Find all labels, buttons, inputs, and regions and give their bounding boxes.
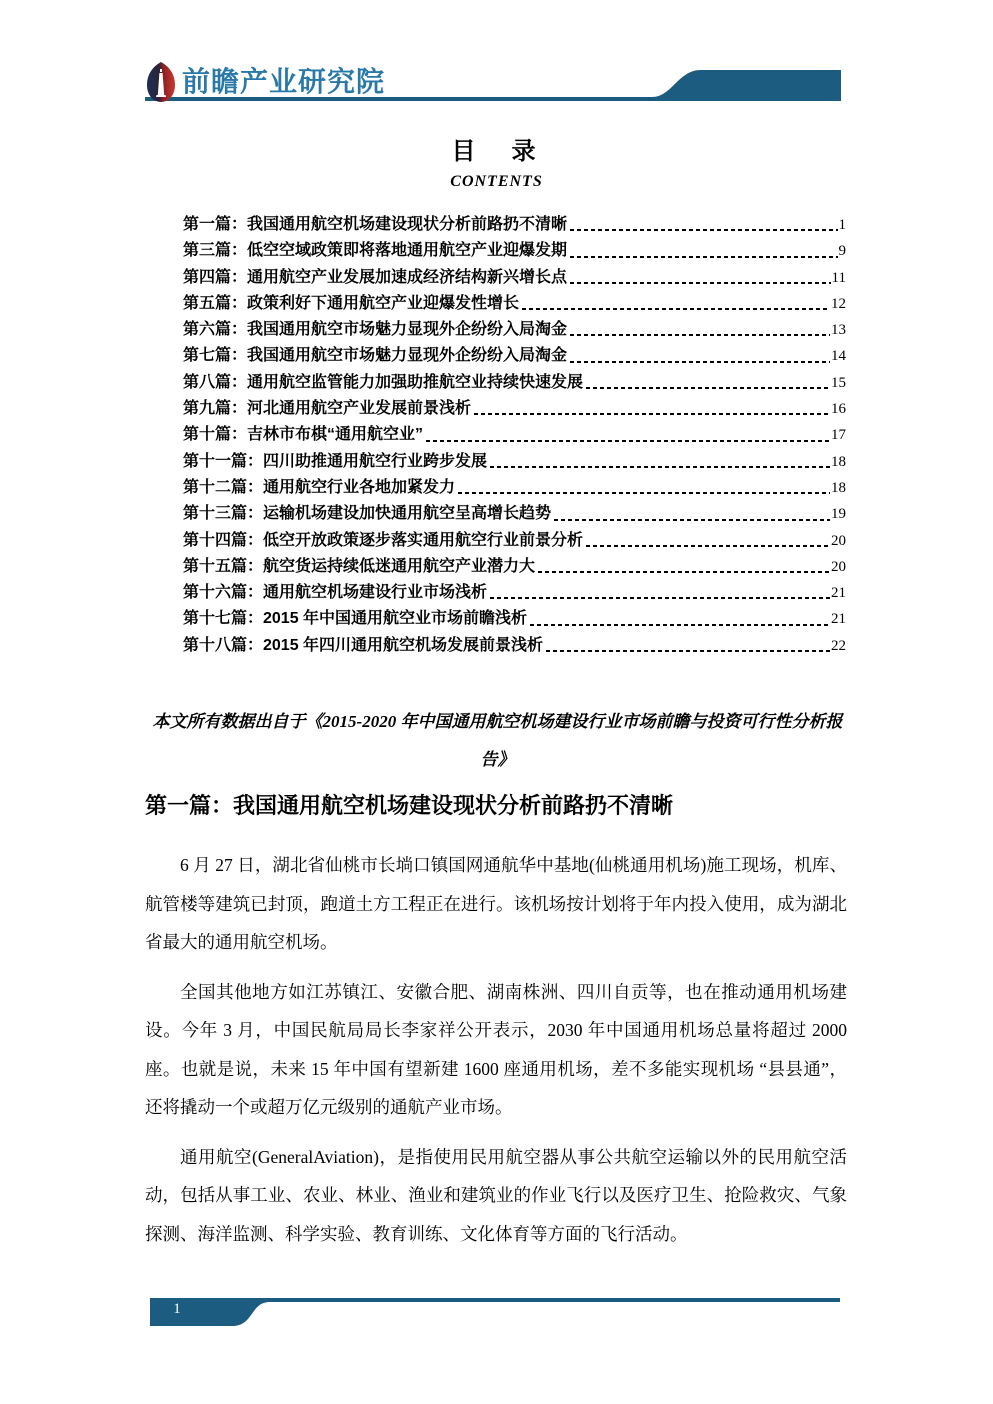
toc-entry-label: 第十篇：吉林市布棋“通用航空业” <box>183 421 423 444</box>
toc-entry-page: 17 <box>831 427 846 444</box>
toc-leader-dots <box>538 571 830 573</box>
toc-entry-label: 第九篇：河北通用航空产业发展前景浅析 <box>183 395 471 418</box>
toc-entry[interactable]: 第十四篇：低空开放政策逐步落实通用航空行业前景分析 20 <box>183 527 846 553</box>
toc-title: 目 录 <box>0 131 993 166</box>
toc-entry-page: 16 <box>831 401 846 418</box>
data-source-note: 本文所有数据出自于《2015-2020 年中国通用航空机场建设行业市场前瞻与投资… <box>150 703 845 779</box>
toc-entry[interactable]: 第五篇：政策利好下通用航空产业迎爆发性增长 12 <box>183 290 846 316</box>
toc-entry-label: 第四篇：通用航空产业发展加速成经济结构新兴增长点 <box>183 264 567 287</box>
toc-entry-page: 13 <box>831 322 846 339</box>
toc-entry-label: 第十一篇：四川助推通用航空行业跨步发展 <box>183 448 487 471</box>
toc-leader-dots <box>530 624 830 626</box>
table-of-contents: 第一篇：我国通用航空机场建设现状分析前路扔不清晰 1 第三篇：低空空域政策即将落… <box>183 211 846 658</box>
toc-entry-label: 第十三篇：运输机场建设加快通用航空呈高增长趋势 <box>183 500 551 523</box>
toc-entry-page: 22 <box>831 638 846 655</box>
toc-leader-dots <box>554 519 830 521</box>
toc-entry[interactable]: 第十七篇：2015 年中国通用航空业市场前瞻浅析 21 <box>183 605 846 631</box>
toc-entry[interactable]: 第一篇：我国通用航空机场建设现状分析前路扔不清晰 1 <box>183 211 846 237</box>
toc-entry[interactable]: 第八篇：通用航空监管能力加强助推航空业持续快速发展 15 <box>183 369 846 395</box>
toc-entry-page: 18 <box>831 480 846 497</box>
toc-entry-label: 第十二篇：通用航空行业各地加紧发力 <box>183 474 455 497</box>
toc-leader-dots <box>490 466 830 468</box>
toc-entry-page: 20 <box>831 533 846 550</box>
toc-entry[interactable]: 第十八篇：2015 年四川通用航空机场发展前景浅析 22 <box>183 632 846 658</box>
toc-entry-page: 15 <box>831 375 846 392</box>
footer-accent-bar <box>0 1294 993 1334</box>
toc-leader-dots <box>570 334 830 336</box>
toc-entry[interactable]: 第六篇：我国通用航空市场魅力显现外企纷纷入局淘金 13 <box>183 316 846 342</box>
toc-leader-dots <box>458 492 830 494</box>
toc-leader-dots <box>570 282 831 284</box>
paragraph: 全国其他地方如江苏镇江、安徽合肥、湖南株洲、四川自贡等，也在推动通用机场建设。今… <box>145 973 847 1127</box>
toc-entry[interactable]: 第十六篇：通用航空机场建设行业市场浅析 21 <box>183 579 846 605</box>
toc-leader-dots <box>474 413 830 415</box>
toc-entry-page: 9 <box>839 243 847 260</box>
footer-page-number: 1 <box>166 1301 188 1318</box>
toc-entry-page: 20 <box>831 559 846 576</box>
toc-entry-label: 第五篇：政策利好下通用航空产业迎爆发性增长 <box>183 290 519 313</box>
toc-entry-label: 第一篇：我国通用航空机场建设现状分析前路扔不清晰 <box>183 211 567 234</box>
toc-entry[interactable]: 第四篇：通用航空产业发展加速成经济结构新兴增长点 11 <box>183 264 846 290</box>
toc-entry-label: 第十六篇：通用航空机场建设行业市场浅析 <box>183 579 487 602</box>
toc-entry-label: 第十四篇：低空开放政策逐步落实通用航空行业前景分析 <box>183 527 583 550</box>
document-body: 第一篇：我国通用航空机场建设现状分析前路扔不清晰 6 月 27 日，湖北省仙桃市… <box>145 789 847 1264</box>
toc-entry-page: 1 <box>839 217 847 234</box>
toc-entry[interactable]: 第十三篇：运输机场建设加快通用航空呈高增长趋势 19 <box>183 500 846 526</box>
toc-leader-dots <box>586 387 830 389</box>
toc-entry-label: 第十五篇：航空货运持续低迷通用航空产业潜力大 <box>183 553 535 576</box>
toc-entry-label: 第八篇：通用航空监管能力加强助推航空业持续快速发展 <box>183 369 583 392</box>
toc-entry-label: 第十七篇：2015 年中国通用航空业市场前瞻浅析 <box>183 605 527 628</box>
toc-subtitle: CONTENTS <box>0 173 993 191</box>
toc-entry-page: 21 <box>831 611 846 628</box>
toc-entry[interactable]: 第十二篇：通用航空行业各地加紧发力 18 <box>183 474 846 500</box>
toc-entry-label: 第六篇：我国通用航空市场魅力显现外企纷纷入局淘金 <box>183 316 567 339</box>
toc-entry[interactable]: 第十一篇：四川助推通用航空行业跨步发展 18 <box>183 448 846 474</box>
footer-accent-shape <box>150 1298 840 1326</box>
toc-entry-label: 第三篇：低空空域政策即将落地通用航空产业迎爆发期 <box>183 237 567 260</box>
toc-entry[interactable]: 第十篇：吉林市布棋“通用航空业” 17 <box>183 421 846 447</box>
paragraph: 6 月 27 日，湖北省仙桃市长埫口镇国网通航华中基地(仙桃通用机场)施工现场，… <box>145 846 847 962</box>
toc-leader-dots <box>546 650 830 652</box>
paragraph: 通用航空(GeneralAviation)，是指使用民用航空器从事公共航空运输以… <box>145 1138 847 1254</box>
toc-leader-dots <box>426 440 830 442</box>
company-logo: 前瞻产业研究院 <box>147 62 385 102</box>
toc-entry-label: 第十八篇：2015 年四川通用航空机场发展前景浅析 <box>183 632 543 655</box>
toc-leader-dots <box>586 545 830 547</box>
toc-entry-label: 第七篇：我国通用航空市场魅力显现外企纷纷入局淘金 <box>183 342 567 365</box>
toc-entry[interactable]: 第七篇：我国通用航空市场魅力显现外企纷纷入局淘金 14 <box>183 342 846 368</box>
toc-leader-dots <box>570 361 830 363</box>
toc-entry-page: 21 <box>831 585 846 602</box>
toc-leader-dots <box>490 597 830 599</box>
toc-entry[interactable]: 第九篇：河北通用航空产业发展前景浅析 16 <box>183 395 846 421</box>
toc-entry-page: 19 <box>831 506 846 523</box>
toc-entry-page: 12 <box>831 296 846 313</box>
toc-leader-dots <box>570 229 837 231</box>
toc-entry-page: 14 <box>831 348 846 365</box>
toc-entry[interactable]: 第三篇：低空空域政策即将落地通用航空产业迎爆发期 9 <box>183 237 846 263</box>
toc-leader-dots <box>522 308 830 310</box>
toc-entry[interactable]: 第十五篇：航空货运持续低迷通用航空产业潜力大 20 <box>183 553 846 579</box>
lighthouse-logo-icon <box>147 62 175 102</box>
toc-entry-page: 18 <box>831 454 846 471</box>
logo-text: 前瞻产业研究院 <box>182 62 385 102</box>
section-heading: 第一篇：我国通用航空机场建设现状分析前路扔不清晰 <box>145 789 847 820</box>
toc-leader-dots <box>570 256 837 258</box>
toc-entry-page: 11 <box>832 270 846 287</box>
